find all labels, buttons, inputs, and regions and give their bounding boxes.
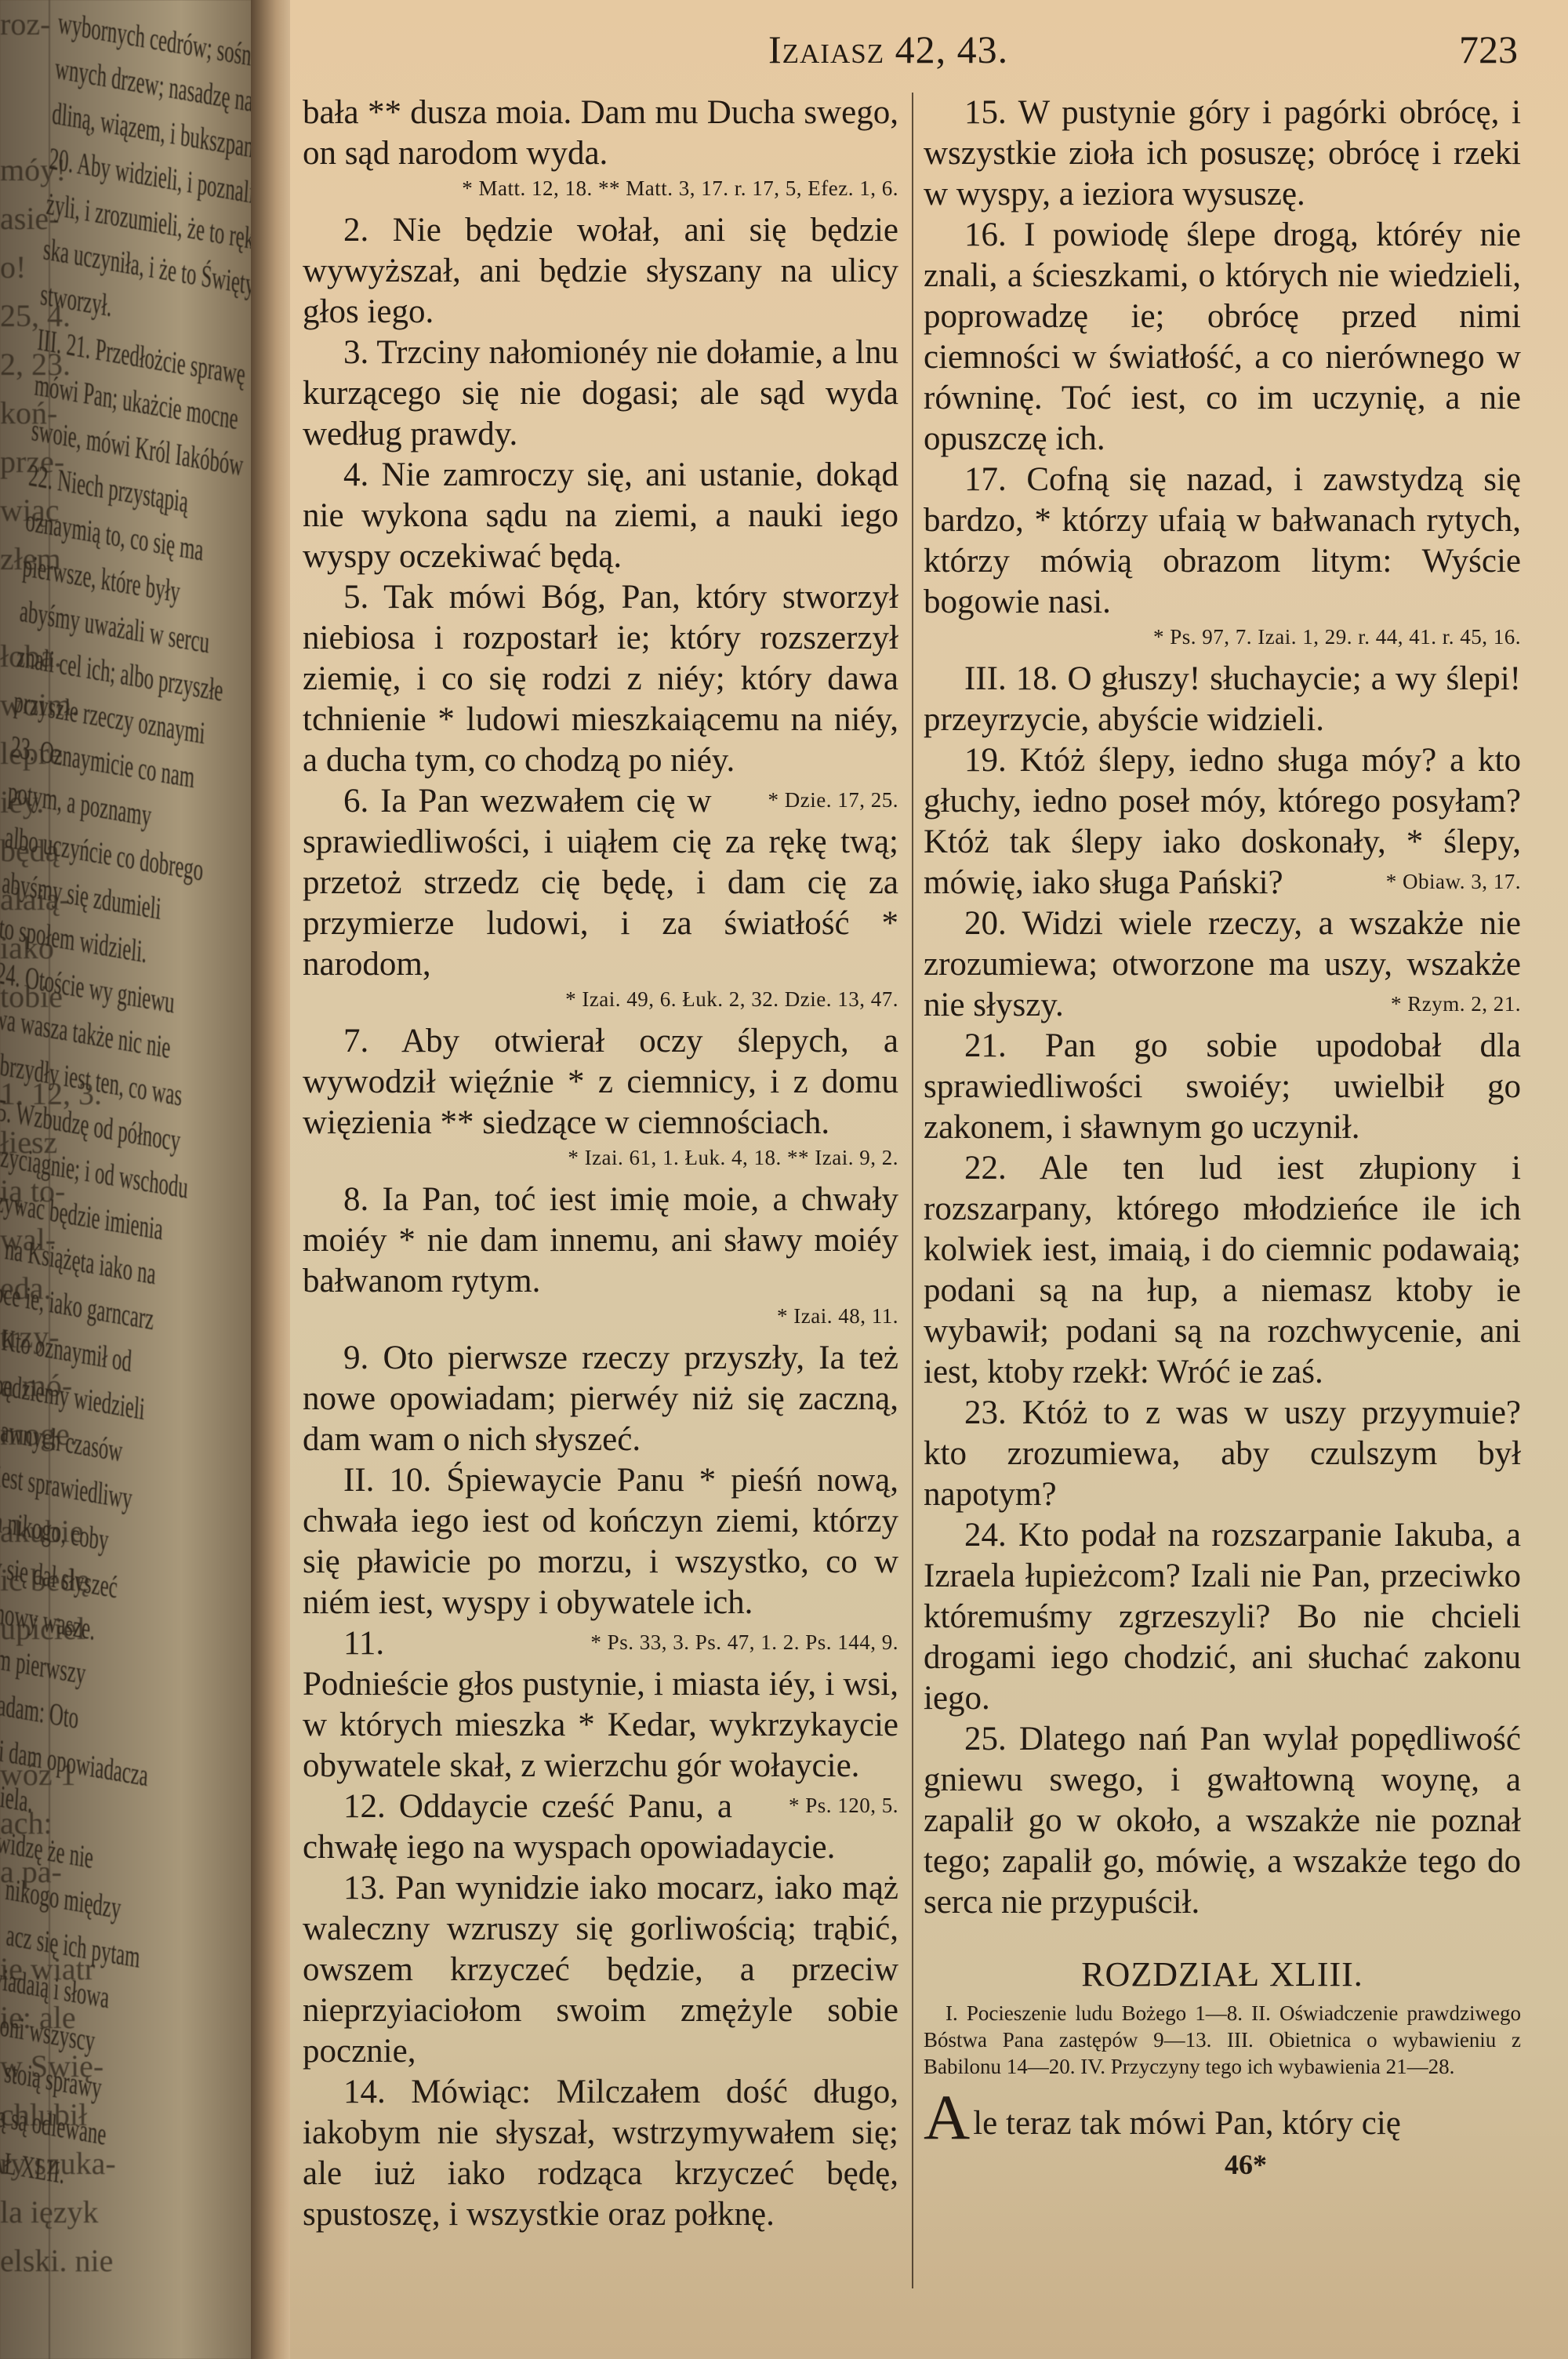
right-text-column: 15. W pustynie góry i pagórki obrócę, i … (924, 93, 1521, 2185)
cross-reference: * Ps. 120, 5. (748, 1791, 898, 1819)
verse: 8. Ia Pan, toć iest imię moie, a chwały … (303, 1179, 898, 1302)
left-text-column: bała ** dusza moia. Dam mu Ducha swego, … (303, 93, 898, 2235)
verse: 19. Któż ślepy, iedno sługa móy? a kto g… (924, 740, 1521, 903)
cross-reference: * Izai. 49, 6. Łuk. 2, 32. Dzie. 13, 47. (303, 985, 898, 1013)
cross-reference: * Izai. 61, 1. Łuk. 4, 18. ** Izai. 9, 2… (303, 1143, 898, 1172)
verse-text: 9. Oto pierwsze rzeczy przyszły, Ia też … (303, 1339, 898, 1458)
verse-text: 25. Dlatego nań Pan wylał popędliwość gn… (924, 1721, 1521, 1921)
verse-text: 17. Cofną się nazad, i zawstydzą się bar… (924, 461, 1521, 620)
chapter-heading: ROZDZIAŁ XLIII. (924, 1954, 1521, 1995)
cross-reference: * Ps. 33, 3. Ps. 47, 1. 2. Ps. 144, 9. (550, 1628, 898, 1656)
verse-text: 22. Ale ten lud iest złupiony i rozszarp… (924, 1150, 1521, 1390)
verse: 7. Aby otwierał oczy ślepych, a wywodził… (303, 1021, 898, 1143)
verse-text: 23. Któż to z was w uszy przyymuie? kto … (924, 1394, 1521, 1513)
column-divider-rule (912, 93, 913, 2288)
verse-text: 15. W pustynie góry i pagórki obrócę, i … (924, 94, 1521, 213)
verse: 25. Dlatego nań Pan wylał popędliwość gn… (924, 1719, 1521, 1923)
verse: III. 18. O głuszy! słuchaycie; a wy ślep… (924, 659, 1521, 740)
chapter-range: 42, 43. (895, 27, 1009, 71)
cross-reference: * Ps. 97, 7. Izai. 1, 29. r. 44, 41. r. … (924, 623, 1521, 651)
verse-text: III. 18. O głuszy! słuchaycie; a wy ślep… (924, 660, 1521, 738)
verse-text: 4. Nie zamroczy się, ani ustanie, dokąd … (303, 456, 898, 575)
verse: 3. Trzciny nałomionéy nie dołamie, a lnu… (303, 333, 898, 455)
verse: II. 10. Śpiewaycie Panu * pieśń nową, ch… (303, 1460, 898, 1623)
verse-text: 24. Kto podał na rozszarpanie Iakuba, a … (924, 1517, 1521, 1717)
opening-line-text: le teraz tak mówi Pan, który cię (973, 2105, 1401, 2142)
verse: 24. Kto podał na rozszarpanie Iakuba, a … (924, 1515, 1521, 1719)
cross-reference: * Matt. 12, 18. ** Matt. 3, 17. r. 17, 5… (303, 174, 898, 202)
verse: 21. Pan go sobie upodobał dla sprawiedli… (924, 1026, 1521, 1148)
verse-text: II. 10. Śpiewaycie Panu * pieśń nową, ch… (303, 1462, 898, 1621)
verse: 17. Cofną się nazad, i zawstydzą się bar… (924, 460, 1521, 623)
verse-text: bała ** dusza moia. Dam mu Ducha swego, … (303, 94, 898, 172)
running-head-title: Izaiasz 42, 43. (768, 27, 1008, 72)
chapter-summary: I. Pocieszenie ludu Bożego 1—8. II. Oświ… (924, 2000, 1521, 2080)
verse: 23. Któż to z was w uszy przyymuie? kto … (924, 1393, 1521, 1515)
verse: 20. Widzi wiele rzeczy, a wszakże nie zr… (924, 903, 1521, 1026)
printer-signature-mark: 46* (971, 2144, 1521, 2185)
verse: 4. Nie zamroczy się, ani ustanie, dokąd … (303, 455, 898, 577)
right-column-verses: 15. W pustynie góry i pagórki obrócę, i … (924, 93, 1521, 1923)
book-name: Izaiasz (768, 27, 884, 71)
verse: 2. Nie będzie wołał, ani się będzie wywy… (303, 210, 898, 333)
verse: 14. Mówiąc: Milczałem dość długo, iakoby… (303, 2072, 898, 2235)
verse: 13. Pan wynidzie iako mocarz, iako mąż w… (303, 1868, 898, 2072)
page-number: 723 (1459, 27, 1518, 72)
verse-text: 5. Tak mówi Bóg, Pan, który stworzył nie… (303, 579, 898, 779)
verse-text: 13. Pan wynidzie iako mocarz, iako mąż w… (303, 1870, 898, 2070)
verse: 15. W pustynie góry i pagórki obrócę, i … (924, 93, 1521, 215)
book-page: Izaiasz 42, 43. 723 bała ** dusza moia. … (290, 0, 1568, 2359)
verse-text: 14. Mówiąc: Milczałem dość długo, iakoby… (303, 2074, 898, 2233)
previous-page-edge: roz- móy! asie- o! 25, 4. 2, 23. koń- pr… (0, 0, 259, 2359)
verse: 5. Tak mówi Bóg, Pan, który stworzył nie… (303, 577, 898, 781)
cross-reference: * Rzym. 2, 21. (1350, 990, 1521, 1018)
verse: bała ** dusza moia. Dam mu Ducha swego, … (303, 93, 898, 174)
verse-text: 16. I powiodę ślepe drogą, któréy nie zn… (924, 216, 1521, 457)
verse-text: 8. Ia Pan, toć iest imię moie, a chwały … (303, 1181, 898, 1299)
verse-text: 21. Pan go sobie upodobał dla sprawiedli… (924, 1027, 1521, 1146)
cross-reference: * Izai. 48, 11. (303, 1302, 898, 1330)
cross-reference: * Dzie. 17, 25. (728, 786, 898, 814)
drop-cap-letter: A (924, 2081, 970, 2153)
chapter-opening-line: Ale teraz tak mówi Pan, który cię (924, 2094, 1521, 2144)
previous-page-inner-column: wybornych cedrów; sośnie wnych drzew; na… (0, 0, 259, 2216)
verse: 22. Ale ten lud iest złupiony i rozszarp… (924, 1148, 1521, 1393)
verse-text: 3. Trzciny nałomionéy nie dołamie, a lnu… (303, 334, 898, 453)
verse-text: 7. Aby otwierał oczy ślepych, a wywodził… (303, 1023, 898, 1141)
verse: 16. I powiodę ślepe drogą, któréy nie zn… (924, 215, 1521, 460)
running-head: Izaiasz 42, 43. 723 (290, 27, 1568, 82)
verse: 9. Oto pierwsze rzeczy przyszły, Ia też … (303, 1338, 898, 1460)
verse-text: 2. Nie będzie wołał, ani się będzie wywy… (303, 212, 898, 330)
cross-reference: * Obiaw. 3, 17. (1345, 867, 1521, 896)
